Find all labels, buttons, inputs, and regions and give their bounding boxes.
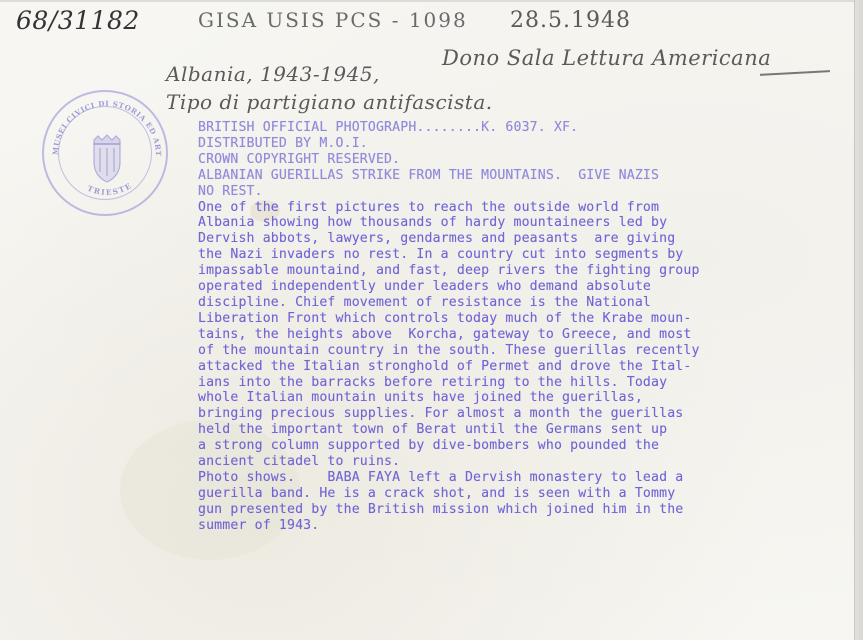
caption-body-line: One of the first pictures to reach the o… xyxy=(198,200,858,216)
caption-body-line: Liberation Front which controls today mu… xyxy=(198,311,858,327)
svg-text:TRIESTE: TRIESTE xyxy=(86,181,134,197)
handwritten-date: 28.5.1948 xyxy=(510,8,631,33)
caption-body-line: impassable mountaind, and fast, deep riv… xyxy=(198,263,858,279)
coat-of-arms-icon xyxy=(94,135,120,182)
caption-body-line: guerilla band. He is a crack shot, and i… xyxy=(198,486,858,502)
subject-line-2: Tipo di partigiano antifascista. xyxy=(166,90,493,114)
caption-body-line: tains, the heights above Korcha, gateway… xyxy=(198,327,858,343)
caption-header-line: DISTRIBUTED BY M.O.I. xyxy=(198,136,858,152)
underline-stroke xyxy=(760,70,830,76)
caption-body-line: the Nazi invaders no rest. In a country … xyxy=(198,247,858,263)
paper-top-edge xyxy=(0,0,863,2)
caption-body-line: a strong column supported by dive-bomber… xyxy=(198,438,858,454)
caption-body-line: Dervish abbots, lawyers, gendarmes and p… xyxy=(198,231,858,247)
museum-stamp: MUSEI CIVICI DI STORIA ED ARTE E DEL RIS… xyxy=(42,90,168,216)
caption-header-line: CROWN COPYRIGHT RESERVED. xyxy=(198,152,858,168)
caption-body-line: ancient citadel to ruins. xyxy=(198,454,858,470)
caption-header-line: ALBANIAN GUERILLAS STRIKE FROM THE MOUNT… xyxy=(198,168,858,184)
caption-header-line: NO REST. xyxy=(198,184,858,200)
caption-body-line: ians into the barracks before retiring t… xyxy=(198,375,858,391)
caption-body-line: summer of 1943. xyxy=(198,518,858,534)
caption-body-line: held the important town of Berat until t… xyxy=(198,422,858,438)
caption-header-line: BRITISH OFFICIAL PHOTOGRAPH........K. 60… xyxy=(198,120,858,136)
archive-code: GISA USIS PCS - 1098 xyxy=(198,8,468,32)
caption-body-line: whole Italian mountain units have joined… xyxy=(198,390,858,406)
document-sheet: 68/31182 GISA USIS PCS - 1098 28.5.1948 … xyxy=(0,0,863,640)
caption-body-line: gun presented by the British mission whi… xyxy=(198,502,858,518)
caption-body-line: Photo shows. BABA FAYA left a Dervish mo… xyxy=(198,470,858,486)
inventory-number: 68/31182 xyxy=(16,6,140,35)
caption-body-line: discipline. Chief movement of resistance… xyxy=(198,295,858,311)
caption-body-line: bringing precious supplies. For almost a… xyxy=(198,406,858,422)
caption-body-line: attacked the Italian stronghold of Perme… xyxy=(198,359,858,375)
donation-note: Dono Sala Lettura Americana xyxy=(442,46,771,70)
stamp-text-ring: MUSEI CIVICI DI STORIA ED ARTE E DEL RIS… xyxy=(44,92,170,218)
caption-body-line: Albania showing how thousands of hardy m… xyxy=(198,215,858,231)
stamp-bottom-text: TRIESTE xyxy=(86,181,134,197)
caption-body-line: operated independently under leaders who… xyxy=(198,279,858,295)
typed-caption: BRITISH OFFICIAL PHOTOGRAPH........K. 60… xyxy=(198,120,858,534)
subject-line-1: Albania, 1943-1945, xyxy=(166,62,380,86)
caption-body-line: of the mountain country in the south. Th… xyxy=(198,343,858,359)
